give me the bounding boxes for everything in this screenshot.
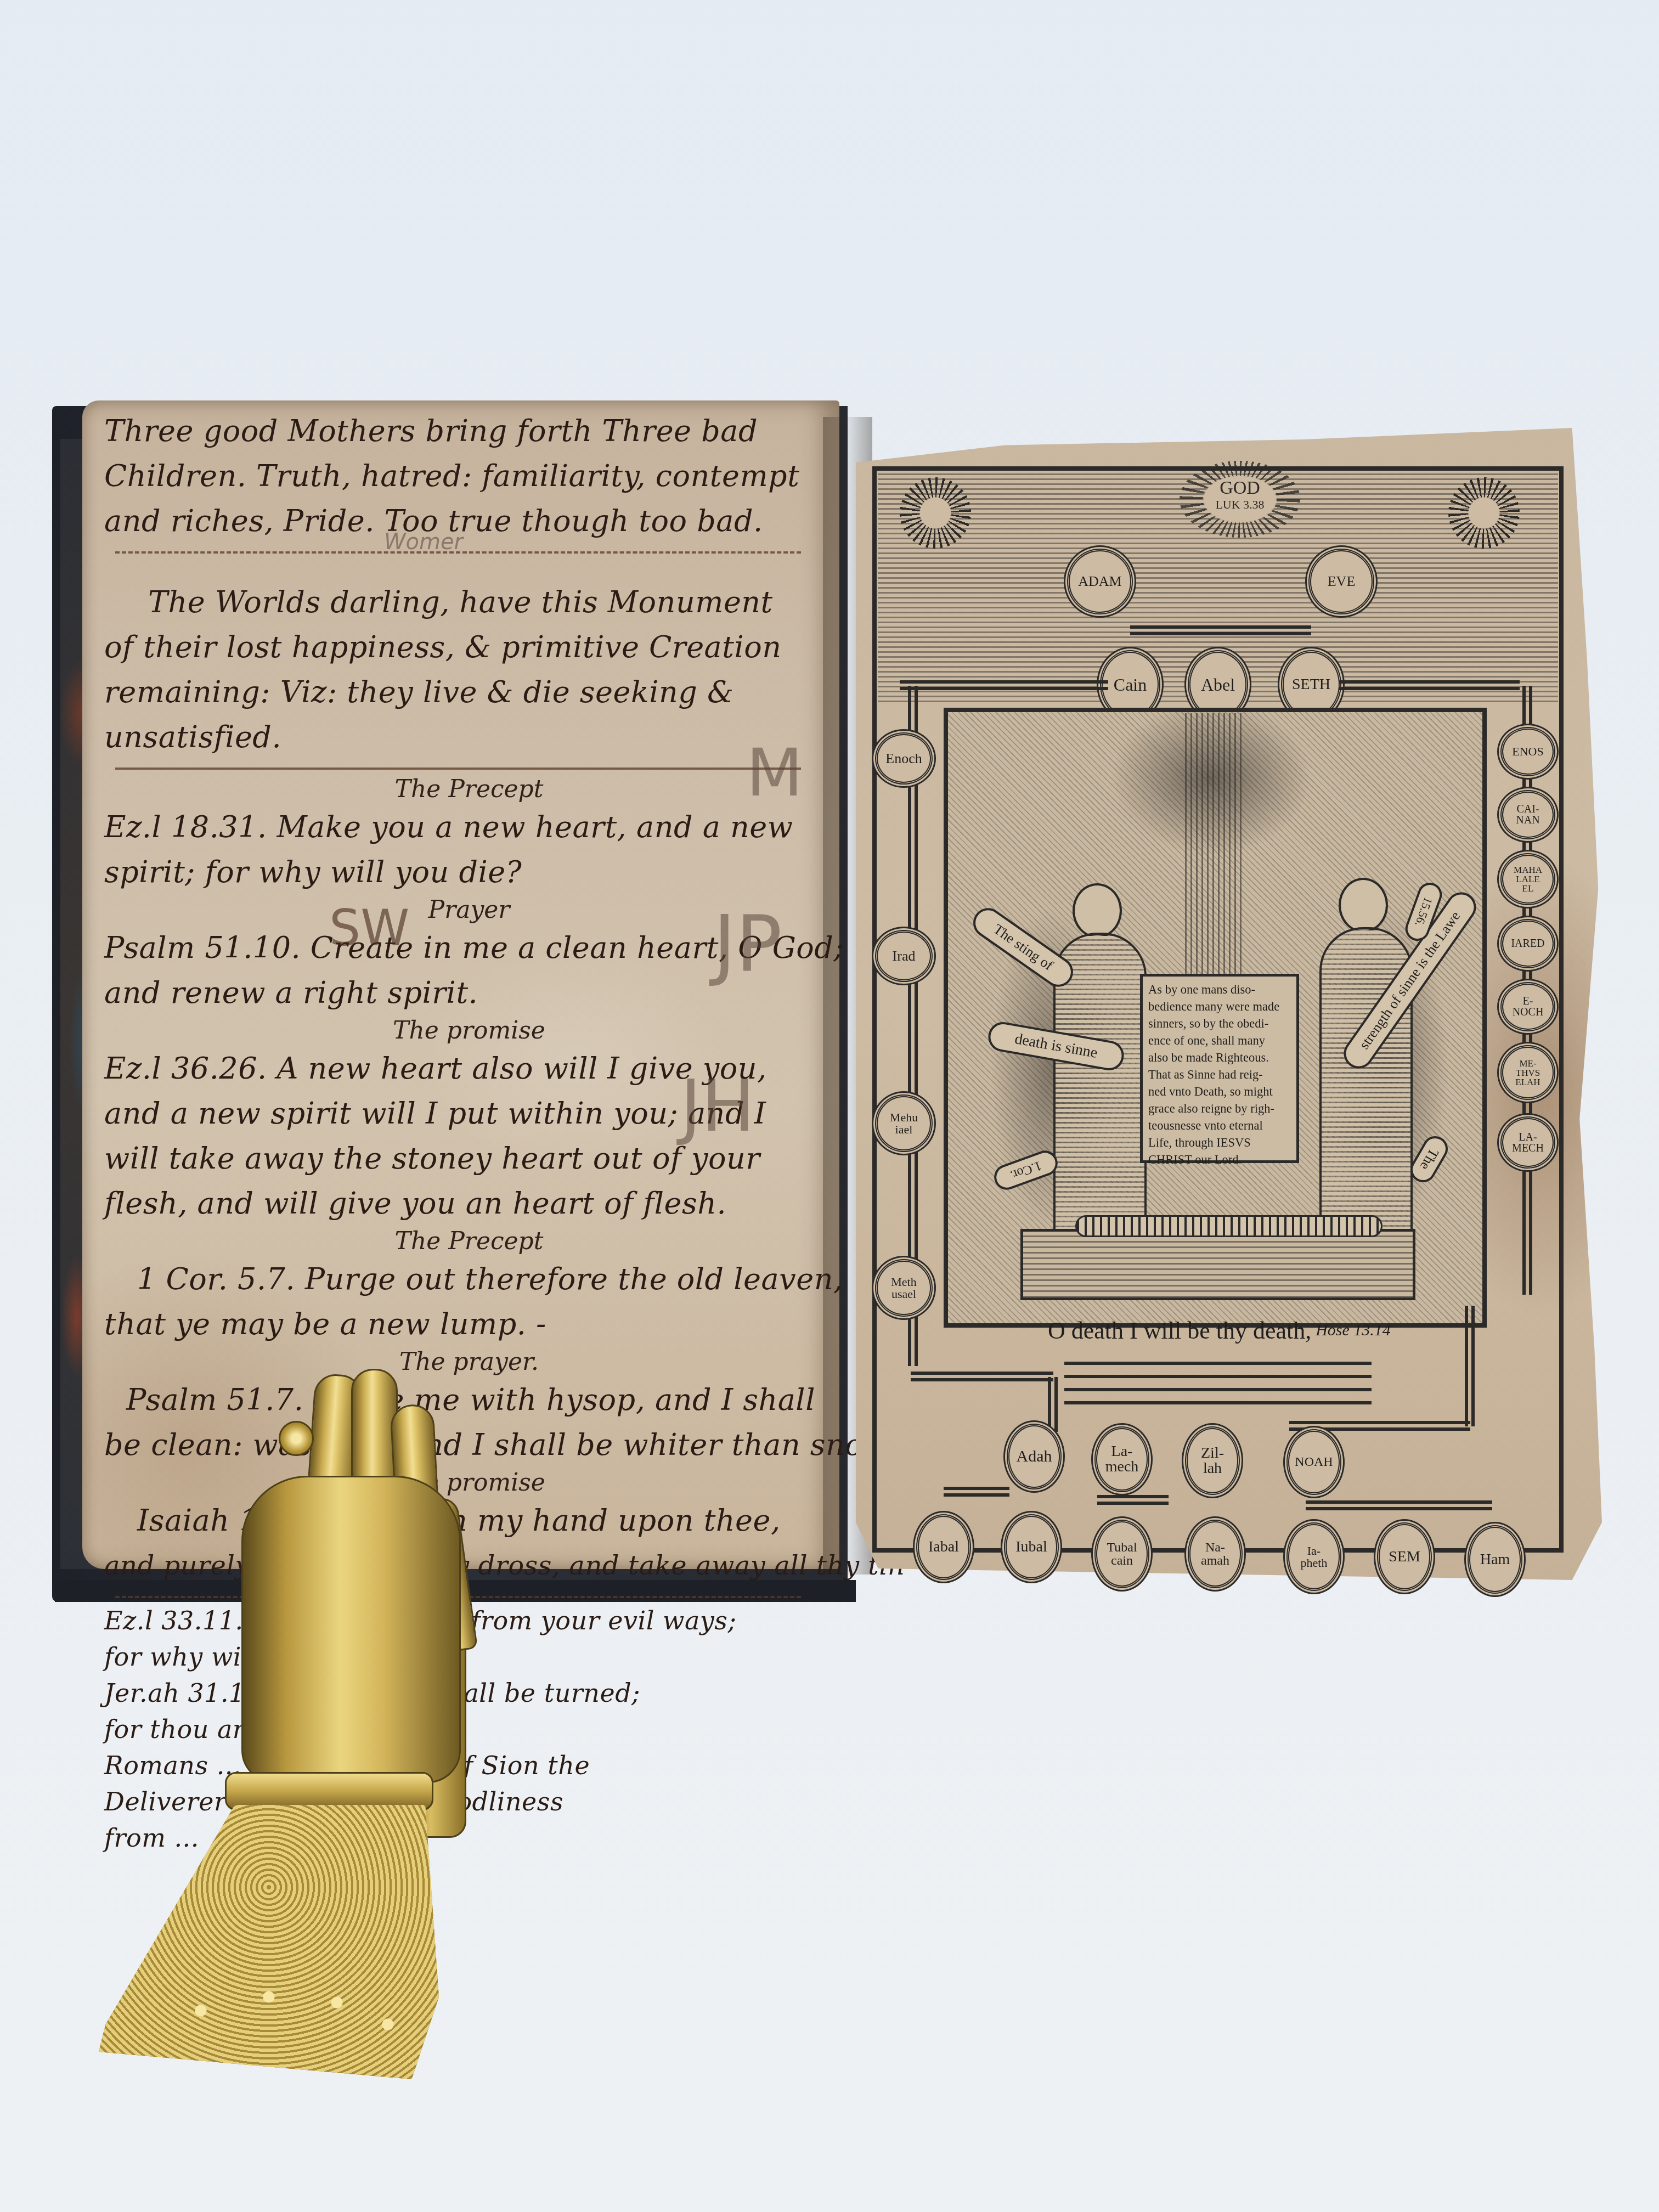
- medal-lamech-seth-line: LA- MECH: [1500, 1116, 1555, 1169]
- panel-line: CHRIST our Lord.: [1148, 1151, 1291, 1168]
- ms-line: Isaiah 1.25 I will turn my hand upon the…: [104, 1498, 834, 1543]
- medal-tubal-cain: Tubal cain: [1094, 1520, 1149, 1588]
- scripture-text-panel: As by one mans diso- bedience many were …: [1140, 974, 1299, 1163]
- medal-ham: Ham: [1468, 1525, 1522, 1594]
- medal-adah: Adah: [1007, 1424, 1062, 1489]
- ms-line: Three good Mothers bring forth Three bad: [104, 409, 834, 454]
- connector: [1465, 1306, 1475, 1426]
- medal-jabal: Iabal: [916, 1514, 971, 1580]
- medal-jared: IARED: [1500, 919, 1555, 968]
- ms-line: Children. Truth, hatred: familiarity, co…: [104, 454, 834, 499]
- panel-line: grace also reigne by righ-: [1148, 1100, 1291, 1117]
- god-glory: GOD LUK 3.38: [1180, 461, 1300, 538]
- hand-cuff-band: [225, 1772, 433, 1810]
- connector: [1339, 680, 1520, 690]
- pencil-mark-jp: JP: [713, 900, 782, 989]
- section-heading: The Precept: [104, 774, 834, 805]
- ms-line: unsatisfied.: [104, 715, 834, 760]
- panel-line: teousnesse vnto eternal: [1148, 1117, 1291, 1134]
- medal-cainan: CAI- NAN: [1500, 790, 1555, 839]
- medal-eve: EVE: [1308, 549, 1374, 614]
- panel-line: That as Sinne had reig-: [1148, 1066, 1291, 1083]
- panel-line: As by one mans diso-: [1148, 981, 1291, 998]
- connector: [900, 680, 1108, 690]
- caption-reference: Hose 13.14: [1316, 1321, 1391, 1340]
- medal-enoch: Enoch: [875, 732, 933, 785]
- ms-line-obscured: for thou art ... my God.: [104, 1711, 834, 1747]
- panel-line: bedience many were made: [1148, 998, 1291, 1015]
- ornament-bars: [1064, 1355, 1372, 1404]
- ms-line: remaining: Viz: they live & die seeking …: [104, 670, 834, 715]
- pencil-scrawl: Womer: [384, 529, 463, 555]
- tomb: [1020, 1229, 1415, 1300]
- section-heading: The promise: [104, 1468, 834, 1498]
- medal-methusael: Meth usael: [875, 1259, 933, 1317]
- section-heading: The promise: [104, 1015, 834, 1046]
- eve-head: [1339, 878, 1388, 933]
- panel-line: ned vnto Death, so might: [1148, 1083, 1291, 1100]
- ms-line: be clean: wash me, and I shall be whiter…: [104, 1423, 834, 1468]
- medal-methuselah: ME- THVS ELAH: [1500, 1045, 1555, 1100]
- ms-line: flesh, and will give you an heart of fle…: [104, 1181, 834, 1226]
- hand-palm: [241, 1476, 461, 1783]
- god-reference: LUK 3.38: [1180, 498, 1300, 511]
- ms-line: 1 Cor. 5.7. Purge out therefore the old …: [104, 1257, 834, 1302]
- pencil-mark-jh: JH: [680, 1064, 755, 1148]
- divider: [115, 768, 801, 770]
- medal-naamah: Na- amah: [1188, 1520, 1243, 1588]
- connector: [911, 1372, 1053, 1381]
- ms-line: and purely purge away thy dross, and tak…: [104, 1543, 834, 1588]
- ms-line: Ez.l 18.31. Make you a new heart, and a …: [104, 805, 834, 850]
- medal-noah: NOAH: [1286, 1429, 1341, 1495]
- medal-japheth: Ia- pheth: [1286, 1522, 1341, 1591]
- connector: [1097, 1495, 1169, 1505]
- connector: [1130, 625, 1311, 635]
- god-label: GOD: [1180, 461, 1300, 498]
- ms-line: Psalm 51.7. Purge me with hysop, and I s…: [104, 1378, 834, 1423]
- medal-enos: ENOS: [1500, 727, 1555, 776]
- section-heading: The prayer.: [104, 1347, 834, 1378]
- medal-enoch-seth-line: E- NOCH: [1500, 982, 1555, 1031]
- panel-line: Life, through IESVS: [1148, 1134, 1291, 1151]
- medal-adam: ADAM: [1067, 549, 1133, 614]
- connector: [1048, 1377, 1058, 1432]
- medal-jubal: Iubal: [1004, 1514, 1059, 1580]
- ms-line-obscured: Jer.ah 31.18 ... me, and I shall be turn…: [104, 1675, 834, 1711]
- ms-line: and riches, Pride. Too true though too b…: [104, 499, 834, 544]
- panel-line: also be made Righteous.: [1148, 1049, 1291, 1066]
- medal-sem: SEM: [1377, 1522, 1432, 1591]
- ring-icon: [279, 1421, 314, 1456]
- medal-zillah: Zil- lah: [1185, 1426, 1240, 1495]
- death-caption: O death I will be thy death, Hose 13.14: [1048, 1314, 1399, 1347]
- panel-line: ence of one, shall many: [1148, 1032, 1291, 1049]
- medal-lamech-cain-line: La- mech: [1094, 1426, 1149, 1492]
- medal-mahalaleel: MAHA LALE EL: [1500, 853, 1555, 905]
- medal-irad: Irad: [875, 930, 933, 982]
- sun-icon: [900, 477, 971, 549]
- pencil-mark-sw: SW: [329, 900, 409, 957]
- ms-line: that ye may be a new lump. -: [104, 1302, 834, 1347]
- skeleton-icon: [1075, 1215, 1383, 1237]
- adam-head: [1073, 883, 1122, 938]
- caption-text: O death I will be thy death,: [1048, 1317, 1311, 1345]
- ms-line-obscured: Deliverer ... turn away ungodliness: [104, 1784, 834, 1820]
- moon-icon: [1448, 477, 1520, 549]
- tree-of-knowledge: [1185, 713, 1245, 977]
- connector: [944, 1487, 1009, 1497]
- medal-mehujael: Mehu iael: [875, 1094, 933, 1152]
- section-heading: The Precept: [104, 1226, 834, 1257]
- ms-line: The Worlds darling, have this Monument: [104, 580, 834, 625]
- ms-line: spirit; for why will you die?: [104, 850, 834, 895]
- ms-line: of their lost happiness, & primitive Cre…: [104, 625, 834, 670]
- connector: [1306, 1500, 1492, 1510]
- pencil-mark-m: M: [746, 735, 803, 811]
- ms-line-obscured: Romans ... shall come out of Sion the: [104, 1747, 834, 1784]
- panel-line: sinners, so by the obedi-: [1148, 1015, 1291, 1032]
